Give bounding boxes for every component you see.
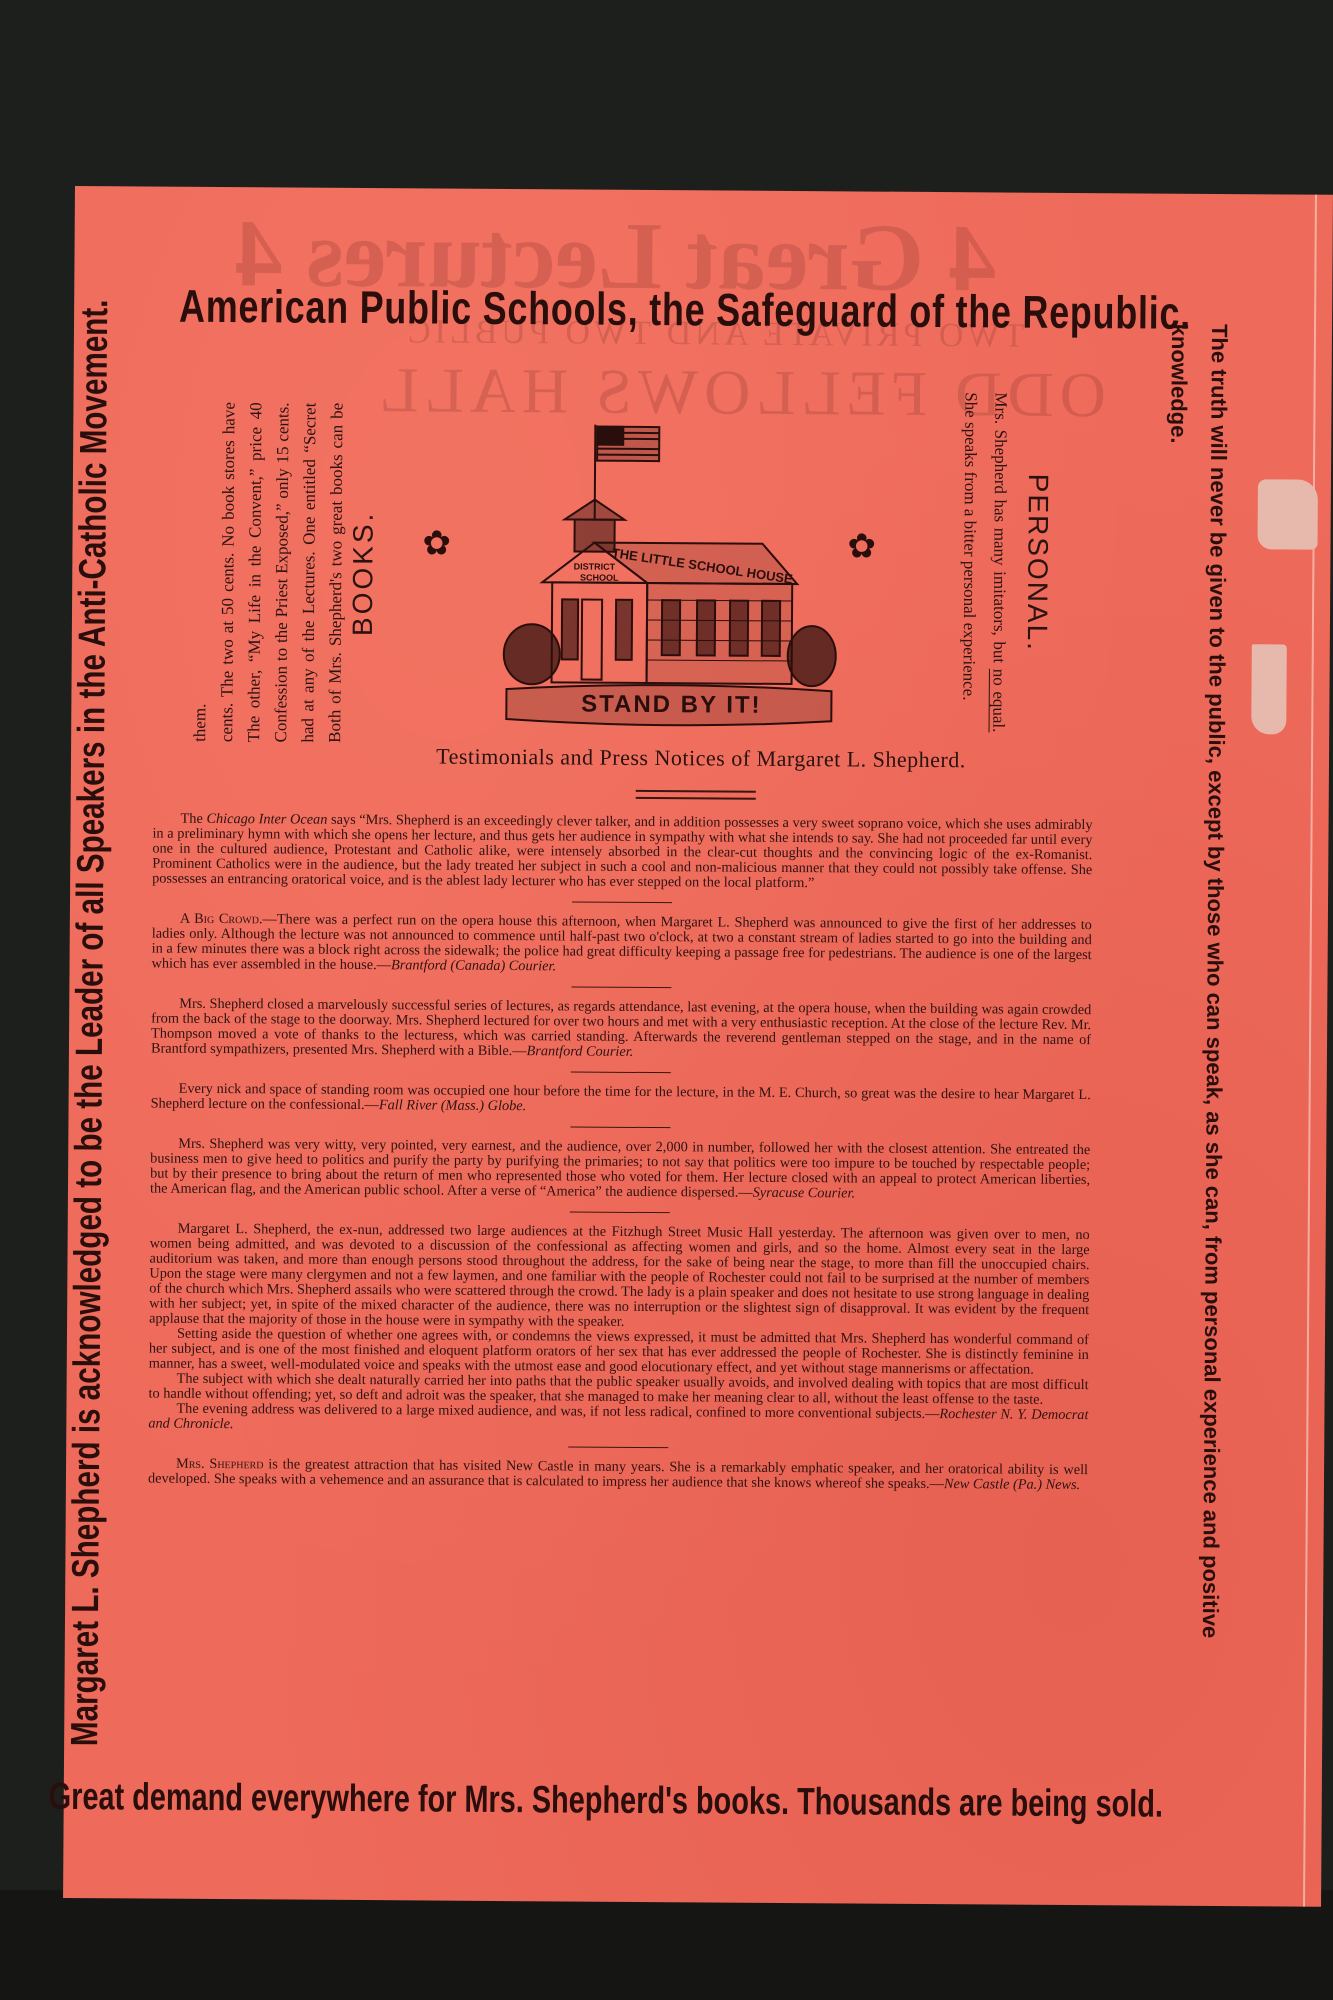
schoolhouse-illustration: DISTRICT SCHOOL THE LITTLE SCHOOL HOUSE … <box>501 404 843 736</box>
notice-rochester-p4: The evening address was delivered to a l… <box>148 1402 1088 1439</box>
emphasis-no-equal: no equal. <box>989 669 1008 733</box>
notice-syracuse-courier: Mrs. Shepherd was very witty, very point… <box>150 1137 1090 1204</box>
personal-heading: PERSONAL. <box>1021 393 1053 733</box>
notice-new-castle-news: Mrs. Shepherd is the greatest attraction… <box>148 1457 1088 1494</box>
svg-text:STAND BY IT!: STAND BY IT! <box>581 691 762 719</box>
broadside-sheet: 4 Great Lectures 4 TWO PRIVATE AND TWO P… <box>63 186 1333 1907</box>
books-section: BOOKS. Both of Mrs. Shepherd's two great… <box>153 402 387 744</box>
svg-text:DISTRICT: DISTRICT <box>574 561 616 571</box>
rule-divider <box>571 1071 671 1073</box>
notice-rochester-p1: Margaret L. Shepherd, the ex-nun, addres… <box>149 1222 1090 1334</box>
notice-brantford-canada: A Big Crowd.—There was a perfect run on … <box>152 912 1092 979</box>
books-heading: BOOKS. <box>348 403 377 743</box>
right-margin-slogan: The truth will never be given to the pub… <box>1149 324 1239 1745</box>
paper-tear <box>1257 479 1317 549</box>
press-notices: The Chicago Inter Ocean says “Mrs. Sheph… <box>148 812 1093 1494</box>
document-title: American Public Schools, the Safeguard o… <box>179 279 952 338</box>
rule-divider <box>572 901 672 903</box>
fold-crease <box>1303 195 1317 1907</box>
rule-divider <box>570 1211 670 1213</box>
double-rule-divider <box>636 790 756 800</box>
left-margin-slogan: Margaret L. Shepherd is acknowledged to … <box>64 299 117 1746</box>
svg-text:SCHOOL: SCHOOL <box>580 573 619 583</box>
books-body: Both of Mrs. Shepherd's two great books … <box>186 402 350 743</box>
flower-ornament-icon: ✿ <box>422 523 451 563</box>
rule-divider <box>571 986 671 988</box>
rule-divider <box>570 1126 670 1128</box>
rule-divider <box>568 1446 668 1448</box>
notice-rochester-p2: Setting aside the question of whether on… <box>149 1327 1089 1379</box>
schoolhouse-icon: DISTRICT SCHOOL THE LITTLE SCHOOL HOUSE … <box>501 404 843 736</box>
testimonials-subtitle: Testimonials and Press Notices of Margar… <box>301 743 1101 775</box>
notice-brantford-courier: Mrs. Shepherd closed a marvelously succe… <box>151 997 1091 1064</box>
flower-ornament-icon: ✿ <box>847 526 876 566</box>
personal-body: Mrs. Shepherd has many imitators, but no… <box>953 392 1015 732</box>
notice-fall-river-globe: Every nick and space of standing room wa… <box>151 1082 1091 1119</box>
dark-backing-bottom <box>0 1890 1333 2000</box>
personal-section: PERSONAL. Mrs. Shepherd has many imitato… <box>891 392 1053 733</box>
notice-chicago-inter-ocean: The Chicago Inter Ocean says “Mrs. Sheph… <box>152 812 1093 894</box>
footer-slogan: Great demand everywhere for Mrs. Shepher… <box>49 1776 923 1825</box>
paper-tear <box>1251 644 1287 734</box>
